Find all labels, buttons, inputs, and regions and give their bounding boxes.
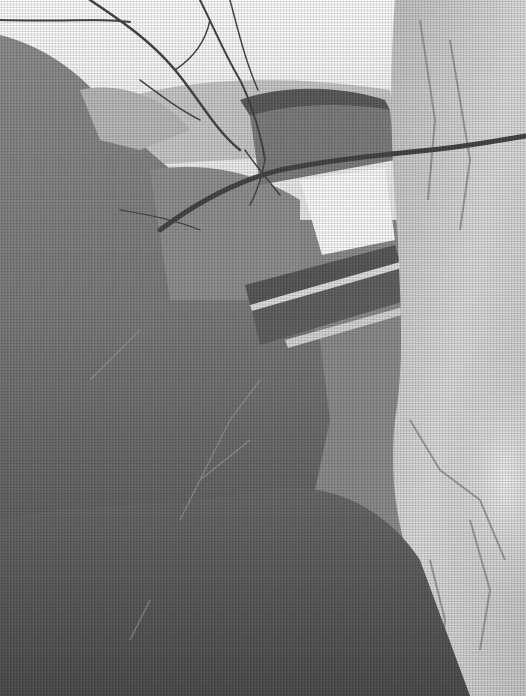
scene [0, 0, 526, 696]
pavilion-window-opening [300, 168, 395, 255]
photograph: Temple pavilion nestled between rocky cl… [0, 0, 526, 696]
